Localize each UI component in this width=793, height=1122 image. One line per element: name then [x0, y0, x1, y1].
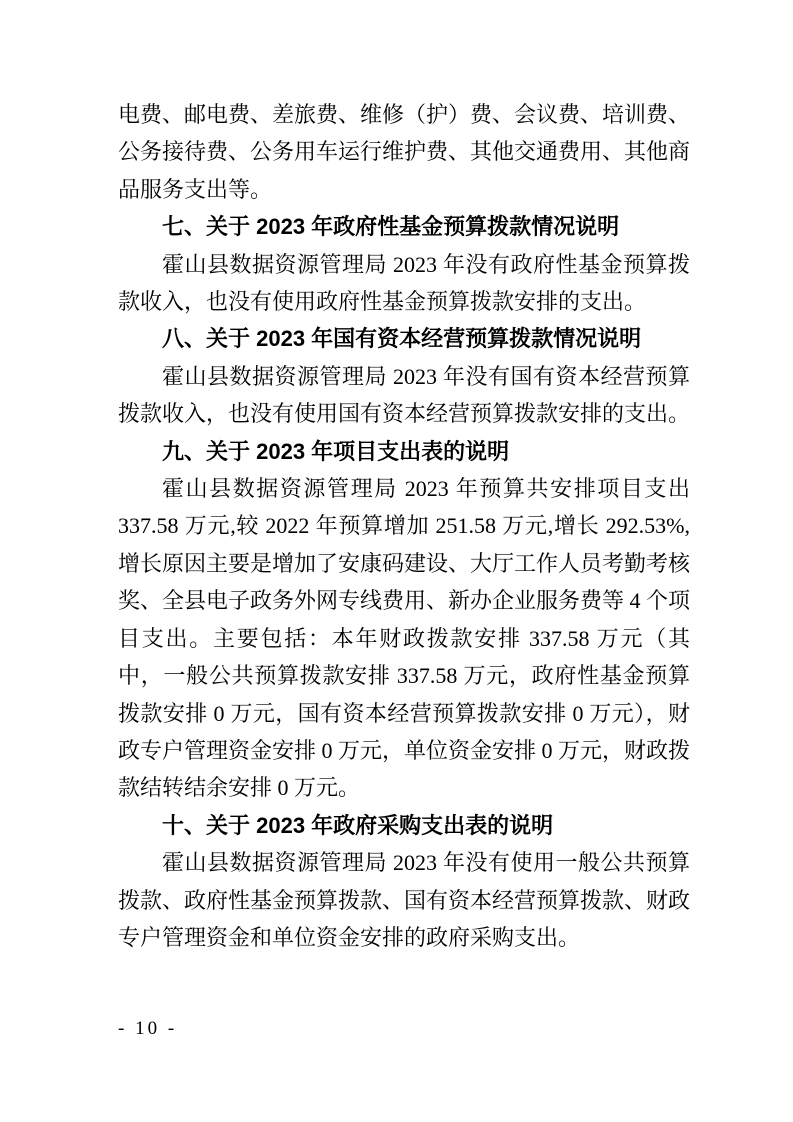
page-number: - 10 -	[118, 1018, 177, 1040]
document-page: 电费、邮电费、差旅费、维修（护）费、会议费、培训费、公务接待费、公务用车运行维护…	[0, 0, 793, 1122]
paragraph-section-7-gov-fund-budget: 霍山县数据资源管理局 2023 年没有政府性基金预算拨款收入，也没有使用政府性基…	[118, 246, 690, 321]
heading-section-7-gov-fund-budget: 七、关于 2023 年政府性基金预算拨款情况说明	[118, 208, 690, 245]
heading-section-10-gov-procurement: 十、关于 2023 年政府采购支出表的说明	[118, 807, 690, 844]
document-content: 电费、邮电费、差旅费、维修（护）费、会议费、培训费、公务接待费、公务用车运行维护…	[118, 96, 690, 956]
paragraph-section-8-state-capital-budget: 霍山县数据资源管理局 2023 年没有国有资本经营预算拨款收入，也没有使用国有资…	[118, 358, 690, 433]
paragraph-section-9-project-expenditure: 霍山县数据资源管理局 2023 年预算共安排项目支出 337.58 万元,较 2…	[118, 470, 690, 807]
paragraph-other-goods-services: 电费、邮电费、差旅费、维修（护）费、会议费、培训费、公务接待费、公务用车运行维护…	[118, 96, 690, 208]
heading-section-8-state-capital-budget: 八、关于 2023 年国有资本经营预算拨款情况说明	[118, 320, 690, 357]
paragraph-section-10-gov-procurement: 霍山县数据资源管理局 2023 年没有使用一般公共预算拨款、政府性基金预算拨款、…	[118, 844, 690, 956]
heading-section-9-project-expenditure: 九、关于 2023 年项目支出表的说明	[118, 433, 690, 470]
